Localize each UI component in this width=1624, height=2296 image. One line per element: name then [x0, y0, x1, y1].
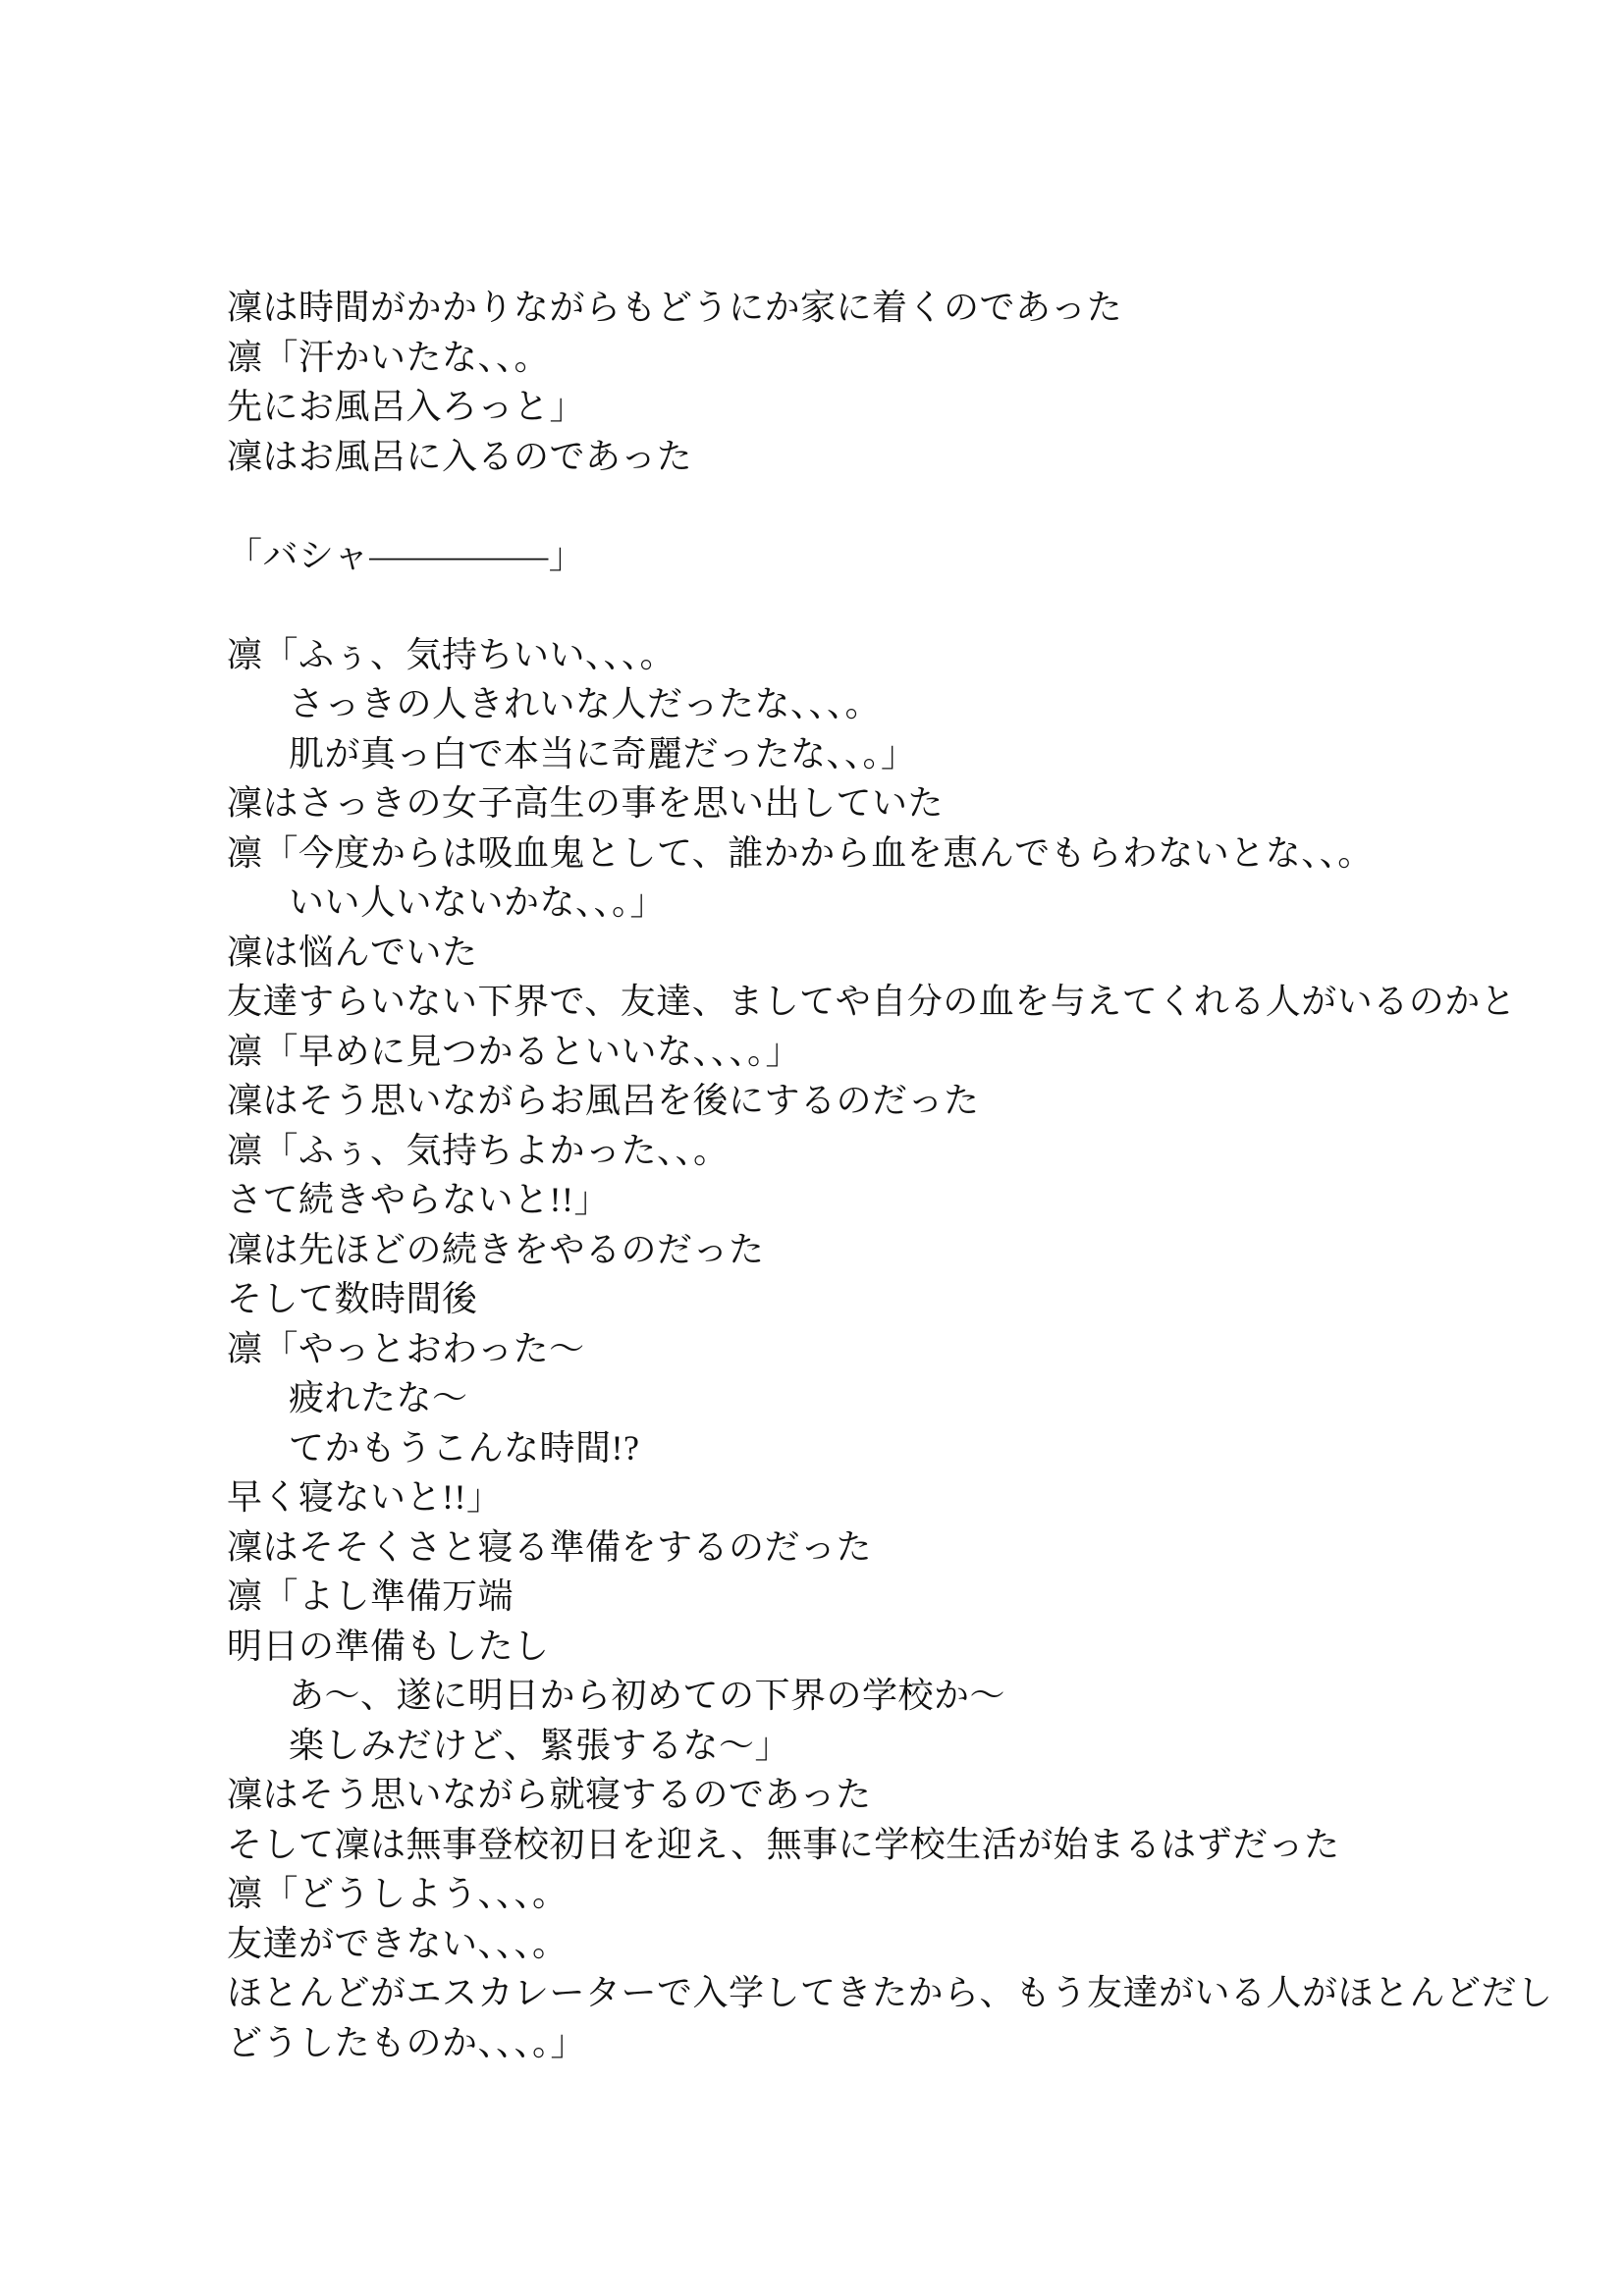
- text-line: ほとんどがエスカレーターで入学してきたから、もう友達がいる人がほとんどだし: [227, 1968, 1585, 2018]
- text-line: さて続きやらないと!!」: [227, 1175, 1585, 1225]
- text-line: さっきの人きれいな人だったな、、、。: [227, 679, 1585, 729]
- text-line: 凛「今度からは吸血鬼として、誰かから血を恵んでもらわないとな、、。: [227, 828, 1585, 879]
- text-line: てかもうこんな時間!?: [227, 1423, 1585, 1473]
- document-page: 凜は時間がかかりながらもどうにか家に着くのであった凛「汗かいたな、、。先にお風呂…: [0, 0, 1624, 2296]
- text-line: 「バシャ―――――」: [227, 531, 1585, 581]
- text-line: いい人いないかな、、。」: [227, 878, 1585, 928]
- text-line: [227, 580, 1585, 630]
- text-line: 凜はさっきの女子高生の事を思い出していた: [227, 778, 1585, 828]
- text-line: 肌が真っ白で本当に奇麗だったな、、。」: [227, 729, 1585, 779]
- text-line: 早く寝ないと!!」: [227, 1472, 1585, 1522]
- text-line: 友達すらいない下界で、友達、ましてや自分の血を与えてくれる人がいるのかと: [227, 977, 1585, 1027]
- text-line: [227, 481, 1585, 531]
- text-line: そして数時間後: [227, 1274, 1585, 1324]
- text-line: 凛「汗かいたな、、。: [227, 333, 1585, 383]
- text-line: 凜は先ほどの続きをやるのだった: [227, 1225, 1585, 1275]
- text-line: 凛「ふぅ、気持ちよかった、、。: [227, 1126, 1585, 1176]
- text-line: どうしたものか、、、。」: [227, 2018, 1585, 2068]
- text-line: 凜はそう思いながら就寝するのであった: [227, 1770, 1585, 1820]
- text-line: 凜はお風呂に入るのであった: [227, 432, 1585, 482]
- text-line: 楽しみだけど、緊張するな～」: [227, 1721, 1585, 1771]
- text-line: あ～、遂に明日から初めての下界の学校か～: [227, 1671, 1585, 1721]
- text-line: 凛「早めに見つかるといいな、、、。」: [227, 1027, 1585, 1077]
- text-content: 凜は時間がかかりながらもどうにか家に着くのであった凛「汗かいたな、、。先にお風呂…: [0, 0, 1624, 2067]
- text-line: 凜はそう思いながらお風呂を後にするのだった: [227, 1076, 1585, 1126]
- text-line: 凛「ふぅ、気持ちいい、、、。: [227, 630, 1585, 680]
- text-line: 凛「どうしよう、、、。: [227, 1869, 1585, 1919]
- text-line: 明日の準備もしたし: [227, 1622, 1585, 1672]
- text-line: 先にお風呂入ろっと」: [227, 382, 1585, 432]
- text-line: 凜は悩んでいた: [227, 928, 1585, 978]
- text-line: 凜は時間がかかりながらもどうにか家に着くのであった: [227, 283, 1585, 333]
- text-line: そして凜は無事登校初日を迎え、無事に学校生活が始まるはずだった: [227, 1820, 1585, 1870]
- text-line: 凛「よし準備万端: [227, 1572, 1585, 1622]
- text-line: 疲れたな～: [227, 1373, 1585, 1423]
- text-line: 凛「やっとおわった～: [227, 1324, 1585, 1374]
- text-line: 友達ができない、、、。: [227, 1919, 1585, 1969]
- text-line: 凜はそそくさと寝る準備をするのだった: [227, 1522, 1585, 1573]
